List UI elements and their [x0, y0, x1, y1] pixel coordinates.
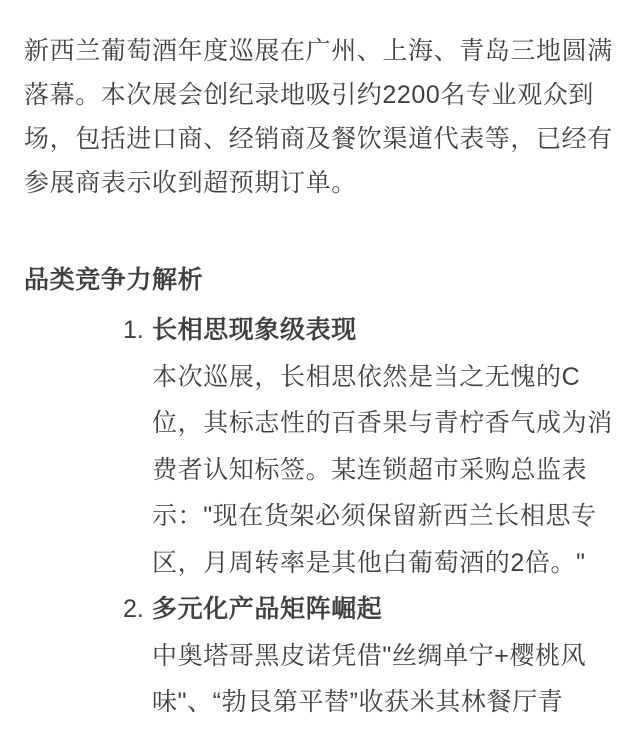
list-item-title: 多元化产品矩阵崛起 — [152, 586, 616, 633]
list-item: 1. 长相思现象级表现 本次巡展，长相思依然是当之无愧的C 位，其标志性的百香果… — [24, 307, 616, 586]
section-heading: 品类竞争力解析 — [24, 258, 616, 302]
list-item-body: 本次巡展，长相思依然是当之无愧的C 位，其标志性的百香果与青柠香气成为消 费者认… — [152, 354, 616, 587]
list-item-body: 中奥塔哥黑皮诺凭借"丝绸单宁+樱桃风 味"、“勃艮第平替”收获米其林餐厅青 — [152, 633, 616, 726]
list-item: 2. 多元化产品矩阵崛起 中奥塔哥黑皮诺凭借"丝绸单宁+樱桃风 味"、“勃艮第平… — [24, 586, 616, 726]
list-item-number: 1. — [123, 307, 144, 354]
article-body: 新西兰葡萄酒年度巡展在广州、上海、青岛三地圆满 落幕。本次展会创纪录地吸引约22… — [0, 0, 640, 726]
intro-paragraph: 新西兰葡萄酒年度巡展在广州、上海、青岛三地圆满 落幕。本次展会创纪录地吸引约22… — [24, 29, 616, 205]
list-item-title: 长相思现象级表现 — [152, 307, 616, 354]
analysis-list: 1. 长相思现象级表现 本次巡展，长相思依然是当之无愧的C 位，其标志性的百香果… — [24, 307, 616, 726]
list-item-number: 2. — [123, 586, 144, 633]
